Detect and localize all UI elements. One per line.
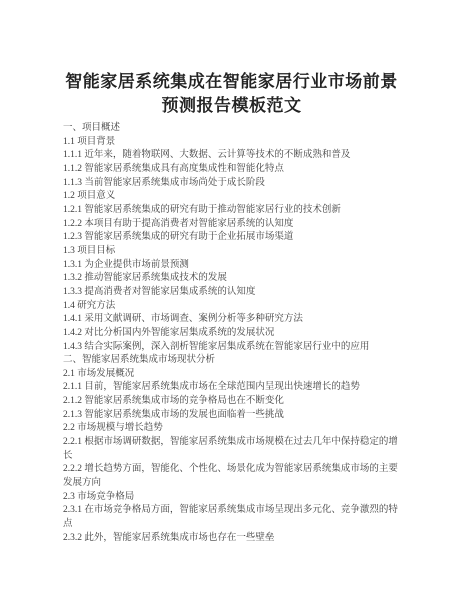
outline-entry-2-2-1: 2.2.1 根据市场调研数据，智能家居系统集成市场规模在过去几年中保持稳定的增长 (63, 436, 399, 463)
outline-entry-2-3-2: 2.3.2 此外，智能家居系统集成市场也存在一些壁垒 (63, 532, 399, 546)
outline-entry-1-3-2: 1.3.2 推动智能家居系统集成技术的发展 (63, 272, 399, 286)
document-title-line-2: 预测报告模板范文 (40, 94, 423, 118)
outline-entry-1-2-1: 1.2.1 智能家居系统集成的研究有助于推动智能家居行业的技术创新 (63, 204, 399, 218)
outline-entry-1-2-2: 1.2.2 本项目有助于提高消费者对智能家居系统的认知度 (63, 218, 399, 232)
outline-entry-2-3-1: 2.3.1 在市场竞争格局方面，智能家居系统集成市场呈现出多元化、竞争激烈的特点 (63, 504, 399, 531)
document-title-line-1: 智能家居系统集成在智能家居行业市场前景 (40, 70, 423, 94)
outline-entry-2-3: 2.3 市场竞争格局 (63, 491, 399, 505)
outline-entry-2-2-2: 2.2.2 增长趋势方面，智能化、个性化、场景化成为智能家居系统集成市场的主要发… (63, 463, 399, 490)
outline-entry-1-2-3: 1.2.3 智能家居系统集成的研究有助于企业拓展市场渠道 (63, 231, 399, 245)
outline-entry-1-4-3: 1.4.3 结合实际案例，深入剖析智能家居集成系统在智能家居行业中的应用 (63, 341, 399, 355)
outline-entry-2-1-2: 2.1.2 智能家居系统集成市场的竞争格局也在不断变化 (63, 395, 399, 409)
outline-entry-1-2: 1.2 项目意义 (63, 190, 399, 204)
outline-entry-1-3-3: 1.3.3 提高消费者对智能家居集成系统的认知度 (63, 286, 399, 300)
outline-entry-2-1-3: 2.1.3 智能家居系统集成市场的发展也面临着一些挑战 (63, 409, 399, 423)
outline-entry-section-1: 一、项目概述 (63, 122, 399, 136)
report-outline: 一、项目概述 1.1 项目背景 1.1.1 近年来，随着物联网、大数据、云计算等… (63, 122, 399, 545)
document-title: 智能家居系统集成在智能家居行业市场前景 预测报告模板范文 (0, 0, 463, 118)
outline-entry-1-4-1: 1.4.1 采用文献调研、市场调查、案例分析等多种研究方法 (63, 313, 399, 327)
outline-entry-1-1-3: 1.1.3 当前智能家居系统集成市场尚处于成长阶段 (63, 177, 399, 191)
outline-entry-2-1-1: 2.1.1 目前，智能家居系统集成市场在全球范围内呈现出快速增长的趋势 (63, 381, 399, 395)
outline-entry-1-3-1: 1.3.1 为企业提供市场前景预测 (63, 259, 399, 273)
outline-entry-2-1: 2.1 市场发展概况 (63, 368, 399, 382)
outline-entry-1-1-2: 1.1.2 智能家居系统集成具有高度集成性和智能化特点 (63, 163, 399, 177)
outline-entry-1-1-1: 1.1.1 近年来，随着物联网、大数据、云计算等技术的不断成熟和普及 (63, 149, 399, 163)
outline-entry-2-2: 2.2 市场规模与增长趋势 (63, 422, 399, 436)
outline-entry-1-4-2: 1.4.2 对比分析国内外智能家居集成系统的发展状况 (63, 327, 399, 341)
outline-entry-section-2: 二、智能家居系统集成市场现状分析 (63, 354, 399, 368)
outline-entry-1-1: 1.1 项目背景 (63, 136, 399, 150)
outline-entry-1-4: 1.4 研究方法 (63, 300, 399, 314)
outline-entry-1-3: 1.3 项目目标 (63, 245, 399, 259)
document-page: 智能家居系统集成在智能家居行业市场前景 预测报告模板范文 一、项目概述 1.1 … (0, 0, 463, 600)
